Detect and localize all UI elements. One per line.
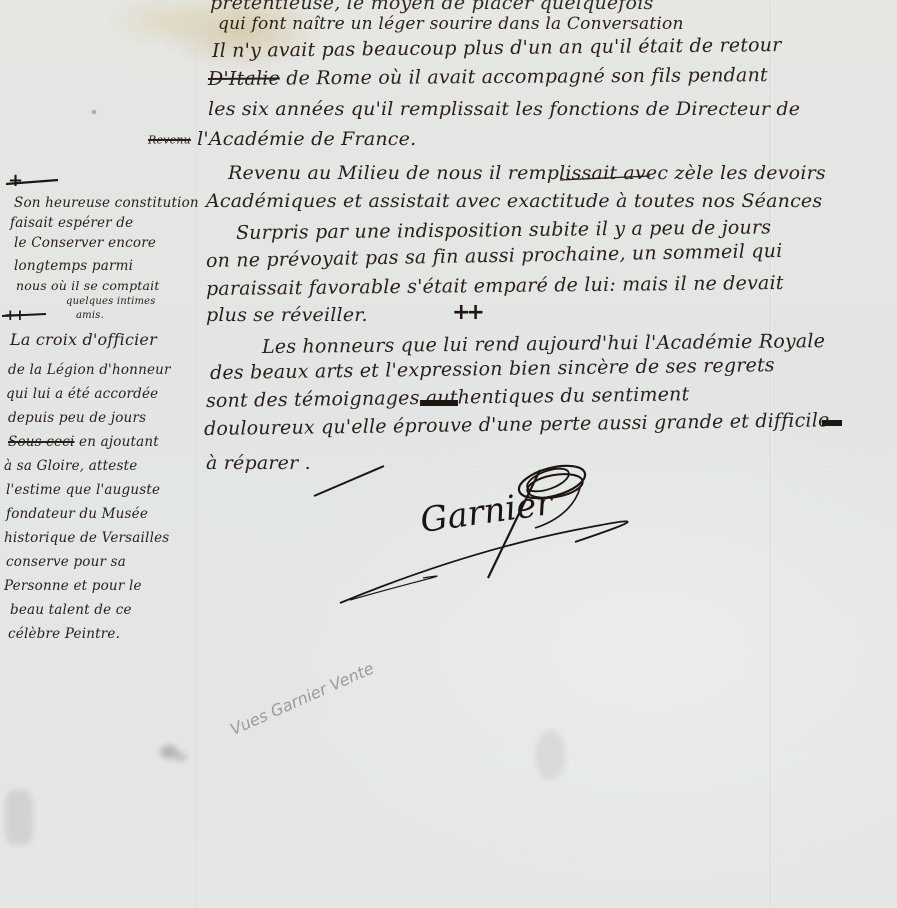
ink-smudge: [5, 790, 33, 845]
margin-line: amis.: [76, 310, 104, 321]
insertion-mark: ++: [4, 306, 23, 324]
margin-line: conserve pour sa: [6, 554, 126, 570]
margin-line: fondateur du Musée: [6, 506, 148, 522]
margin-line: Personne et pour le: [4, 578, 142, 594]
struck-word: Sous ceci: [8, 434, 75, 450]
paper-spot: [92, 110, 96, 114]
text-line: à réparer .: [206, 452, 311, 474]
text-line: les six années qu'il remplissait les fon…: [208, 98, 800, 120]
paper-fold-vertical: [770, 0, 772, 908]
struck-word: Revenu: [148, 134, 191, 147]
margin-line: l'estime que l'auguste: [6, 482, 160, 498]
margin-line: qui lui a été accordée: [6, 386, 158, 402]
text-line-content: plus se réveiller.: [206, 304, 368, 326]
margin-line: beau talent de ce: [10, 602, 132, 618]
margin-line: depuis peu de jours: [8, 410, 146, 426]
ink-smudge: [535, 730, 565, 780]
margin-line: célèbre Peintre.: [8, 626, 120, 642]
margin-line: Son heureuse constitution: [14, 195, 199, 211]
margin-line-content: en ajoutant: [79, 434, 159, 450]
margin-line: longtemps parmi: [14, 258, 133, 274]
text-line: qui font naître un léger sourire dans la…: [218, 14, 684, 34]
paper-background: [0, 0, 897, 908]
text-line: Académiques et assistait avec exactitude…: [206, 190, 822, 212]
margin-line: Sous ceci en ajoutant: [8, 434, 159, 450]
margin-line: faisait espérer de: [10, 215, 133, 231]
text-line: plus se réveiller.: [206, 304, 368, 326]
text-line: D'Italie de Rome où il avait accompagné …: [208, 64, 768, 90]
text-line-content: l'Académie de France.: [197, 128, 416, 150]
margin-line: nous où il se comptait: [16, 278, 160, 293]
text-line-content: de Rome où il avait accompagné son fils …: [286, 64, 768, 89]
margin-line: La croix d'officier: [10, 330, 157, 349]
text-line: Revenu au Milieu de nous il remplissait …: [228, 162, 826, 184]
insertion-mark: ++: [452, 300, 481, 325]
text-line: pretentieuse, le moyen de placer quelque…: [210, 0, 653, 14]
margin-line: le Conserver encore: [14, 235, 156, 251]
text-line: Revenu l'Académie de France.: [148, 128, 416, 150]
paper-fold-horizontal: [300, 468, 897, 471]
struck-word: D'Italie: [208, 67, 280, 90]
margin-line: quelques intimes: [66, 296, 156, 307]
margin-line: historique de Versailles: [4, 530, 169, 546]
insertion-mark: +: [8, 170, 23, 191]
ink-smudge: [175, 752, 187, 762]
margin-line: à sa Gloire, atteste: [4, 458, 137, 474]
margin-line: de la Légion d'honneur: [8, 362, 171, 378]
